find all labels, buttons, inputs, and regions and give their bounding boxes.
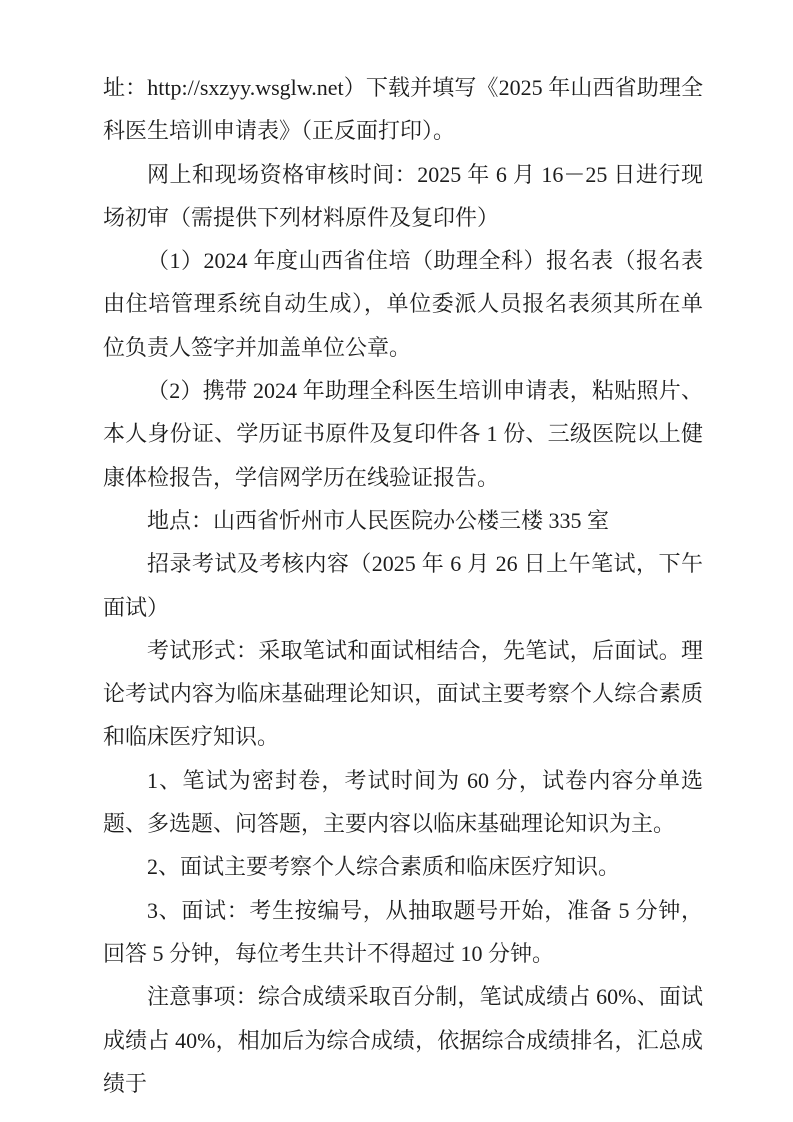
document-page: 址：http://sxzyy.wsglw.net）下载并填写《2025 年山西省…	[0, 0, 793, 1122]
document-text-block: 址：http://sxzyy.wsglw.net）下载并填写《2025 年山西省…	[103, 66, 703, 1105]
paragraph-exam-format: 考试形式：采取笔试和面试相结合，先笔试，后面试。理论考试内容为临床基础理论知识，…	[103, 629, 703, 759]
paragraph-download-form-continuation: 址：http://sxzyy.wsglw.net）下载并填写《2025 年山西省…	[103, 66, 703, 153]
paragraph-interview-procedure: 3、面试：考生按编号，从抽取题号开始，准备 5 分钟，回答 5 分钟，每位考生共…	[103, 889, 703, 976]
paragraph-location: 地点：山西省忻州市人民医院办公楼三楼 335 室	[103, 499, 703, 542]
paragraph-review-time: 网上和现场资格审核时间：2025 年 6 月 16－25 日进行现场初审（需提供…	[103, 153, 703, 240]
paragraph-material-item-1: （1）2024 年度山西省住培（助理全科）报名表（报名表由住培管理系统自动生成）…	[103, 239, 703, 369]
paragraph-written-test-rules: 1、笔试为密封卷，考试时间为 60 分，试卷内容分单选题、多选题、问答题，主要内…	[103, 759, 703, 846]
paragraph-material-item-2: （2）携带 2024 年助理全科医生培训申请表，粘贴照片、本人身份证、学历证书原…	[103, 369, 703, 499]
paragraph-interview-content: 2、面试主要考察个人综合素质和临床医疗知识。	[103, 845, 703, 888]
paragraph-scoring-notes: 注意事项：综合成绩采取百分制，笔试成绩占 60%、面试成绩占 40%，相加后为综…	[103, 975, 703, 1105]
paragraph-exam-schedule: 招录考试及考核内容（2025 年 6 月 26 日上午笔试，下午面试）	[103, 542, 703, 629]
